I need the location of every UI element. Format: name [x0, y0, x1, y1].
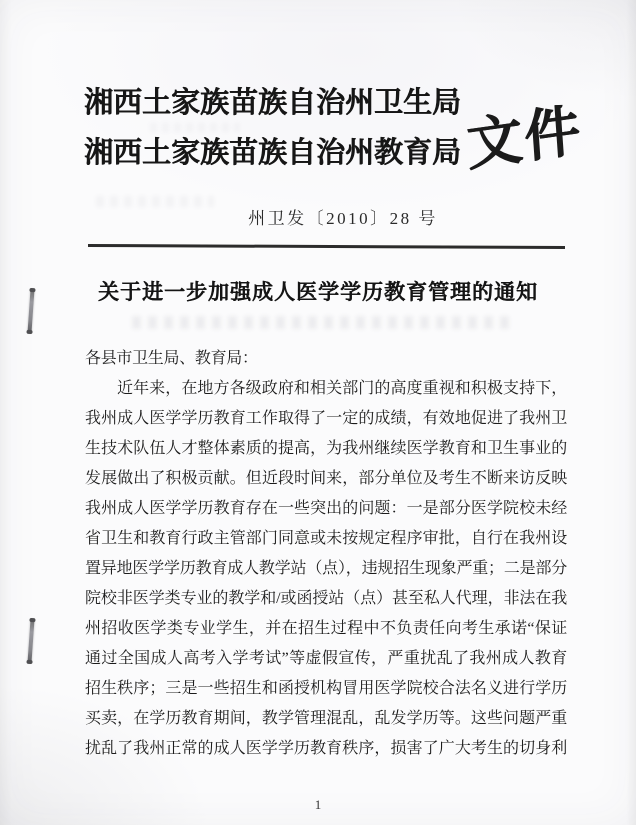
body-line: 我州成人医学学历教育工作取得了一定的成绩，有效地促进了我州卫 [85, 404, 567, 434]
body-line: 我州成人医学学历教育存在一些突出的问题：一是部分医学院校未经 [85, 494, 567, 524]
body-line: 省卫生和教育行政主管部门同意或未按规定程序审批，自行在我州设 [85, 524, 567, 554]
document-title: 关于进一步加强成人医学学历教育管理的通知 [0, 276, 636, 306]
staple-icon [27, 619, 34, 663]
body-line: 州招收医学类专业学生，并在招生过程中不负责任向考生承诺“保证 [85, 614, 567, 644]
bleedthrough-smudge [132, 316, 510, 329]
scanned-document-page: 湘西土家族苗族自治州卫生局 湘西土家族苗族自治州教育局 文件 州卫发〔2010〕… [0, 0, 636, 825]
body-line: 买卖，在学历教育期间，教学管理混乱，乱发学历等。这些问题严重 [85, 704, 567, 734]
body-line: 近年来，在地方各级政府和相关部门的高度重视和积极支持下， [85, 374, 567, 404]
header-agency-names: 湘西土家族苗族自治州卫生局 湘西土家族苗族自治州教育局 [84, 78, 476, 178]
body-line: 置异地医学学历教育成人教学站（点），违规招生现象严重；二是部分 [85, 554, 567, 584]
body-line: 发展做出了积极贡献。但近段时间来，部分单位及考生不断来访反映 [85, 464, 567, 494]
body-line: 院校非医学类专业的教学和/或函授站（点）甚至私人代理，非法在我 [85, 584, 567, 614]
body-line: 生技术队伍人才整体素质的提高，为我州继续医学教育和卫生事业的 [85, 434, 567, 464]
doc-type-label: 文件 [464, 86, 584, 182]
agency-line-health-bureau: 湘西土家族苗族自治州卫生局 [84, 78, 476, 128]
doc-number: 州卫发〔2010〕28 号 [25, 204, 636, 229]
header-divider-rule [88, 244, 565, 249]
salutation: 各县市卫生局、教育局： [85, 344, 567, 374]
body-line: 通过全国成人高考入学考试”等虚假宣传，严重扰乱了我州成人教育 [85, 644, 567, 674]
body-line: 扰乱了我州正常的成人医学学历教育秩序，损害了广大考生的切身利 [85, 734, 567, 764]
agency-line-education-bureau: 湘西土家族苗族自治州教育局 [84, 128, 476, 178]
page-number: 1 [0, 797, 636, 813]
body-line: 招生秩序；三是一些招生和函授机构冒用医学院校合法名义进行学历 [85, 674, 567, 704]
document-body: 各县市卫生局、教育局： 近年来，在地方各级政府和相关部门的高度重视和积极支持下，… [85, 344, 567, 764]
